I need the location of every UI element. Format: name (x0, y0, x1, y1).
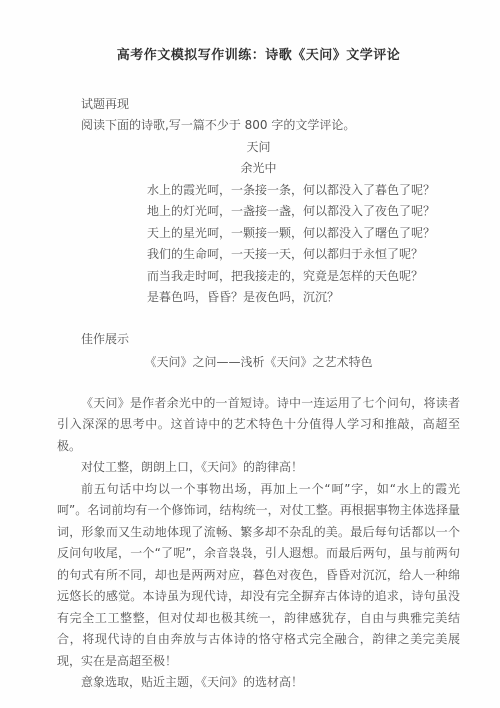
essay-paragraph: 意象选取，贴近主题，《天问》的选材高！ (57, 672, 460, 694)
poem-line: 水上的霞光呵，一条接一条，何以都没入了暮色了呢？ (147, 180, 460, 202)
essay-paragraph: 《天问》是作者余光中的一首短诗。诗中一连运用了七个问句，将读者引入深深的思考中。… (57, 393, 460, 458)
poem-author: 余光中 (57, 158, 460, 180)
document-page: 高考作文模拟写作训练：诗歌《天问》文学评论 试题再现 阅读下面的诗歌,写一篇不少… (0, 0, 500, 708)
poem-line: 是暮色吗，昏昏？是夜色吗，沉沉？ (147, 287, 460, 309)
essay-title: 《天问》之问——浅析《天问》之艺术特色 (57, 352, 460, 374)
poem-line: 而当我走时呵，把我接走的，究竟是怎样的天色呢？ (147, 266, 460, 288)
poem-line: 我们的生命呵，一天接一天，何以都归于永恒了呢？ (147, 244, 460, 266)
poem-body: 水上的霞光呵，一条接一条，何以都没入了暮色了呢？ 地上的灯光呵，一盏接一盏，何以… (147, 180, 460, 309)
document-title: 高考作文模拟写作训练：诗歌《天问》文学评论 (57, 45, 460, 67)
essay-paragraph: 前五句话中均以一个事物出场，再加上一个“呵”字，如“水上的霞光呵”。名词前均有一… (57, 479, 460, 673)
showcase-section-heading: 佳作展示 (57, 329, 460, 351)
poem-line: 天上的星光呵，一颗接一颗，何以都没入了曙色了呢？ (147, 223, 460, 245)
essay-paragraph: 对仗工整，朗朗上口，《天问》的韵律高！ (57, 457, 460, 479)
exam-section-heading: 试题再现 (57, 94, 460, 116)
poem-title: 天问 (57, 137, 460, 159)
poem-line: 地上的灯光呵，一盏接一盏，何以都没入了夜色了呢？ (147, 201, 460, 223)
essay-body: 《天问》是作者余光中的一首短诗。诗中一连运用了七个问句，将读者引入深深的思考中。… (57, 393, 460, 694)
document-content: 高考作文模拟写作训练：诗歌《天问》文学评论 试题再现 阅读下面的诗歌,写一篇不少… (0, 0, 500, 694)
exam-prompt: 阅读下面的诗歌,写一篇不少于 800 字的文学评论。 (57, 115, 460, 137)
